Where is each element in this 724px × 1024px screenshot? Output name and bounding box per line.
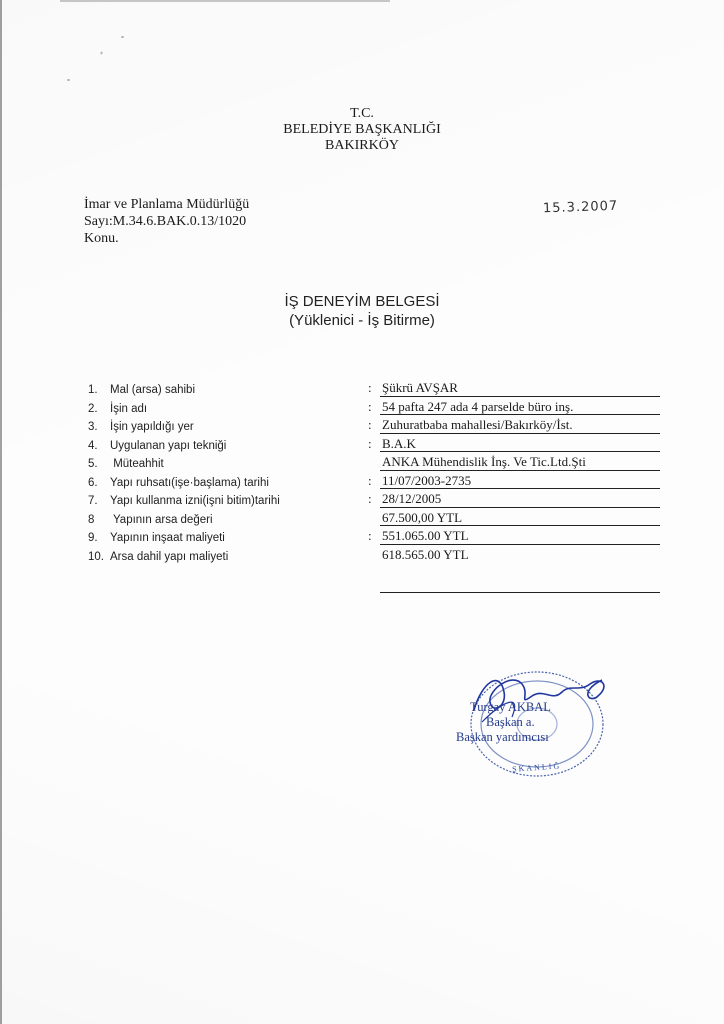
field-label-row: 4.Uygulanan yapı tekniği — [88, 437, 280, 456]
field-value-row: :B.A.K — [368, 435, 660, 454]
field-value-row: :28/12/2005 — [368, 490, 660, 509]
field-label-row: 6.Yapı ruhsatı(işe·başlama) tarihi — [88, 474, 280, 493]
field-label: Yapının inşaat maliyeti — [110, 532, 225, 544]
field-values: :Şükrü AVŞAR:54 pafta 247 ada 4 parselde… — [368, 379, 660, 594]
field-label-row: 8 Yapının arsa değeri — [88, 511, 280, 530]
field-underline — [380, 525, 660, 526]
field-number: 1. — [88, 381, 110, 400]
handwritten-date: 15.3.2007 — [543, 199, 619, 217]
signatory-name: Turgay AKBAL — [455, 700, 595, 715]
field-value: B.A.K — [382, 435, 416, 452]
letterhead-district: BAKIRKÖY — [0, 138, 724, 154]
field-label: Yapının arsa değeri — [110, 514, 213, 526]
field-value: 67.500,00 YTL — [382, 509, 462, 526]
field-underline — [380, 488, 660, 489]
signatory-role: Başkan yardımcısı — [455, 730, 595, 745]
field-label: İşin yapıldığı yer — [110, 421, 194, 433]
letterhead-country: T.C. — [0, 106, 724, 122]
field-value: 618.565.00 YTL — [382, 546, 469, 563]
letterhead: T.C. BELEDİYE BAŞKANLIĞI BAKIRKÖY — [0, 106, 724, 154]
field-label-row: 1.Mal (arsa) sahibi — [88, 381, 280, 400]
field-colon: : — [368, 527, 378, 544]
letterhead-institution: BELEDİYE BAŞKANLIĞI — [0, 122, 724, 138]
field-value: 11/07/2003-2735 — [382, 472, 471, 489]
field-value: 54 pafta 247 ada 4 parselde büro inş. — [382, 398, 573, 415]
field-label-row: 3.İşin yapıldığı yer — [88, 418, 280, 437]
field-value-row: :551.065.00 YTL — [368, 527, 660, 546]
field-number: 9. — [88, 529, 110, 548]
field-underline — [380, 507, 660, 508]
scan-speck — [67, 79, 70, 81]
subject-label: Konu. — [84, 230, 249, 247]
field-value-row: :54 pafta 247 ada 4 parselde büro inş. — [368, 398, 660, 417]
field-number: 10. — [88, 548, 110, 567]
field-value: 551.065.00 YTL — [382, 527, 469, 544]
field-value-row: :Zuhuratbaba mahallesi/Bakırköy/İst. — [368, 416, 660, 435]
field-number: 8 — [88, 511, 110, 530]
field-label: Arsa dahil yapı maliyeti — [110, 551, 228, 563]
field-underline — [380, 451, 660, 452]
field-value-row: 618.565.00 YTL — [368, 546, 660, 565]
field-labels: 1.Mal (arsa) sahibi2.İşin adı3.İşin yapı… — [88, 381, 280, 566]
field-label-row: 2.İşin adı — [88, 400, 280, 419]
field-value: Şükrü AVŞAR — [382, 379, 458, 396]
title-subtitle: (Yüklenici - İş Bitirme) — [0, 311, 724, 330]
field-colon: : — [368, 379, 378, 396]
scan-edge-top — [60, 0, 390, 2]
field-value-row: :Şükrü AVŞAR — [368, 379, 660, 398]
field-label: Uygulanan yapı tekniği — [110, 440, 226, 452]
scan-speck — [100, 51, 103, 55]
field-number: 6. — [88, 474, 110, 493]
field-number: 2. — [88, 400, 110, 419]
field-value-row: 67.500,00 YTL — [368, 509, 660, 528]
field-label: İşin adı — [110, 403, 147, 415]
field-label: Yapı ruhsatı(işe·başlama) tarihi — [110, 477, 269, 489]
field-number: 5. — [88, 455, 110, 474]
field-number: 4. — [88, 437, 110, 456]
field-colon: : — [368, 416, 378, 433]
title-main: İŞ DENEYİM BELGESİ — [0, 292, 724, 311]
signature-block: Turgay AKBAL Başkan a. Başkan yardımcısı — [455, 700, 595, 745]
field-colon: : — [368, 398, 378, 415]
field-label-row: 9.Yapının inşaat maliyeti — [88, 529, 280, 548]
field-number: 7. — [88, 492, 110, 511]
field-value: Zuhuratbaba mahallesi/Bakırköy/İst. — [382, 416, 573, 433]
field-label: Mal (arsa) sahibi — [110, 384, 195, 396]
field-value-row: ANKA Mühendislik İnş. Ve Tic.Ltd.Şti — [368, 453, 660, 472]
reference-number: Sayı:M.34.6.BAK.0.13/1020 — [84, 213, 249, 230]
svg-text:ŞKANLIĞ: ŞKANLIĞ — [512, 760, 562, 773]
field-value: 28/12/2005 — [382, 490, 441, 507]
signatory-title: Başkan a. — [455, 715, 595, 730]
field-underline — [380, 414, 660, 415]
blank-field-row — [368, 564, 660, 594]
field-colon: : — [368, 490, 378, 507]
field-underline — [380, 544, 660, 545]
field-colon: : — [368, 435, 378, 452]
field-value: ANKA Mühendislik İnş. Ve Tic.Ltd.Şti — [382, 453, 586, 470]
field-label: Müteahhit — [110, 458, 164, 470]
field-underline — [380, 470, 660, 471]
field-label: Yapı kullanma izni(işni bitim)tarihi — [110, 495, 280, 507]
field-underline — [380, 592, 660, 593]
field-underline — [380, 433, 660, 434]
field-underline — [380, 396, 660, 397]
field-label-row: 5. Müteahhit — [88, 455, 280, 474]
field-number: 3. — [88, 418, 110, 437]
field-colon: : — [368, 472, 378, 489]
scan-speck — [121, 36, 124, 38]
field-value-row: :11/07/2003-2735 — [368, 472, 660, 491]
document-meta: İmar ve Planlama Müdürlüğü Sayı:M.34.6.B… — [84, 196, 249, 247]
field-label-row: 7.Yapı kullanma izni(işni bitim)tarihi — [88, 492, 280, 511]
field-label-row: 10.Arsa dahil yapı maliyeti — [88, 548, 280, 567]
department-name: İmar ve Planlama Müdürlüğü — [84, 196, 249, 213]
document-title: İŞ DENEYİM BELGESİ (Yüklenici - İş Bitir… — [0, 292, 724, 330]
